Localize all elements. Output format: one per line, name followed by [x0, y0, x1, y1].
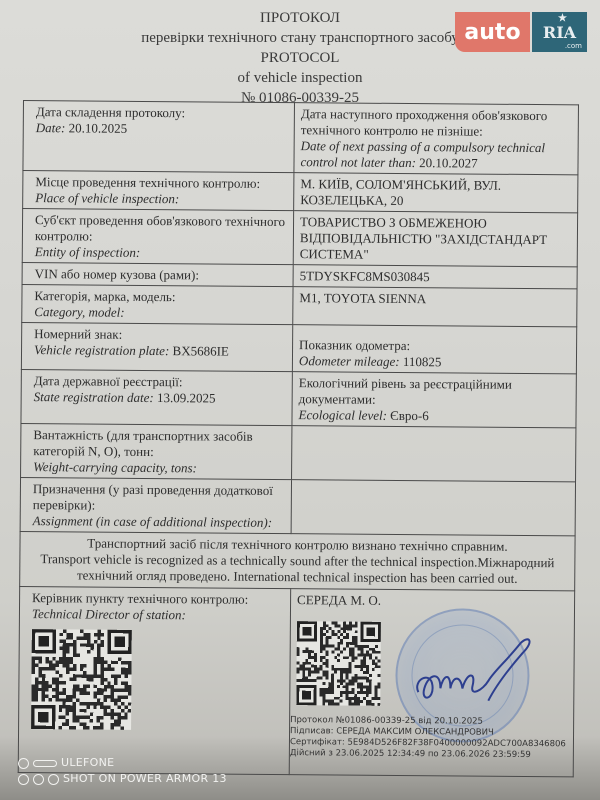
plate-label-en: Vehicle registration plate: — [34, 342, 169, 358]
lens-icon — [48, 774, 59, 785]
weight-value — [292, 426, 576, 482]
place-label-en: Place of vehicle inspection: — [35, 190, 288, 208]
subtitle-uk: перевірки технічного стану транспортного… — [130, 28, 470, 48]
table-row: Керівник пункту технічного контролю: Tec… — [18, 586, 574, 776]
place-label-cell: Місце проведення технічного контролю: Pl… — [23, 171, 294, 211]
eco-cell: Екологічний рівень за реєстраційними док… — [292, 372, 576, 428]
lens-icon — [18, 774, 29, 785]
director-label-uk: Керівник пункту технічного контролю: — [32, 590, 285, 608]
signature-cell: СЕРЕДА М. О. Протокол №01086-00339-25 ві… — [289, 589, 574, 777]
plate-value: BX5686IE — [173, 343, 229, 358]
date-label-uk: Дата складення протоколу: — [36, 104, 289, 122]
qr-code-right — [296, 621, 381, 706]
category-label-en: Category, model: — [34, 304, 287, 322]
assignment-value — [291, 480, 575, 536]
assignment-label-cell: Призначення (у разі проведення додатково… — [20, 477, 291, 533]
director-name: СЕРЕДА М. О. — [297, 592, 569, 610]
odometer-label-en: Odometer mileage: — [299, 353, 400, 369]
weight-label-cell: Вантажність (для транспортних засобів ка… — [21, 423, 292, 479]
reg-date-value: 13.09.2025 — [157, 390, 216, 405]
vin-value: 5TDYSKFC8MS030845 — [293, 265, 577, 289]
plate-cell: Номерний знак: Vehicle registration plat… — [21, 322, 292, 371]
protocol-header: ПРОТОКОЛ перевірки технічного стану тран… — [130, 8, 470, 108]
odometer-value: 110825 — [403, 354, 442, 369]
table-row: Дата державної реєстрації: State registr… — [21, 369, 576, 427]
lens-icon — [33, 774, 44, 785]
entity-label-cell: Суб'єкт проведення обов'язкового технічн… — [22, 209, 293, 265]
place-value: М. КИЇВ, СОЛОМ'ЯНСЬКИЙ, ВУЛ. КОЗЕЛЕЦЬКА,… — [294, 173, 578, 213]
logo-ria: ★ RIA .com — [532, 12, 587, 52]
flash-icon — [33, 760, 57, 767]
category-label-cell: Категорія, марка, модель: Category, mode… — [22, 284, 293, 324]
lens-icon — [18, 758, 29, 769]
camera-watermark: ULEFONE SHOT ON POWER ARMOR 13 — [18, 755, 227, 787]
autoria-logo: auto ★ RIA .com — [455, 12, 587, 52]
next-date-label-uk: Дата наступного проходження обов'язковог… — [301, 106, 573, 140]
category-label-uk: Категорія, марка, модель: — [34, 288, 287, 306]
conclusion-line-3: технічний огляд проведено. International… — [24, 567, 570, 587]
assignment-label-en: Assignment (in case of additional inspec… — [33, 513, 286, 531]
subtitle-en: of vehicle inspection — [130, 68, 470, 88]
weight-label-uk: Вантажність (для транспортних засобів ка… — [33, 427, 286, 461]
plate-label-uk: Номерний знак: — [34, 326, 287, 344]
odometer-cell: Показник одометра: Odometer mileage: 110… — [292, 325, 576, 374]
title-en: PROTOCOL — [130, 48, 470, 68]
eco-label-en: Ecological level: — [298, 407, 387, 423]
logo-auto: auto — [455, 12, 530, 52]
vin-label: VIN або номер кузова (рами): — [22, 262, 293, 286]
entity-value: ТОВАРИСТВО З ОБМЕЖЕНОЮ ВІДПОВІДАЛЬНІСТЮ … — [293, 211, 577, 267]
table-row: Категорія, марка, модель: Category, mode… — [22, 284, 577, 326]
category-value: M1, TOYOTA SIENNA — [293, 287, 577, 327]
table-row: Місце проведення технічного контролю: Pl… — [23, 171, 578, 213]
esig-validity: Дійсний з 23.06.2025 12:34:49 по 23.06.2… — [290, 748, 566, 761]
assignment-label-uk: Призначення (у разі проведення додатково… — [33, 481, 286, 515]
reg-date-cell: Дата державної реєстрації: State registr… — [21, 369, 292, 425]
entity-label-en: Entity of inspection: — [35, 244, 288, 262]
logo-ria-text: RIA — [543, 23, 576, 42]
next-date-value: 20.10.2027 — [419, 155, 478, 170]
handwritten-signature — [410, 630, 541, 711]
conclusion-cell: Транспортний засіб після технічного конт… — [20, 531, 575, 590]
title-uk: ПРОТОКОЛ — [130, 8, 470, 28]
reg-date-label-uk: Дата державної реєстрації: — [34, 373, 287, 391]
director-label-cell: Керівник пункту технічного контролю: Tec… — [18, 586, 290, 774]
director-label-en: Technical Director of station: — [32, 606, 285, 624]
place-label-uk: Місце проведення технічного контролю: — [35, 174, 288, 192]
eco-label-uk: Екологічний рівень за реєстраційними док… — [299, 375, 571, 409]
table-row: Дата складення протоколу: Date: 20.10.20… — [23, 101, 579, 175]
date-cell: Дата складення протоколу: Date: 20.10.20… — [23, 101, 295, 173]
qr-code-left — [31, 629, 132, 730]
date-value: 20.10.2025 — [69, 120, 128, 135]
weight-label-en: Weight-carrying capacity, tons: — [33, 459, 286, 477]
star-icon: ★ — [558, 13, 567, 24]
entity-label-uk: Суб'єкт проведення обов'язкового технічн… — [35, 212, 288, 246]
date-label-en: Date: — [36, 120, 66, 135]
eco-value: Євро-6 — [390, 408, 429, 423]
table-row: Транспортний засіб після технічного конт… — [20, 531, 575, 590]
logo-suffix: .com — [565, 42, 582, 50]
next-date-cell: Дата наступного проходження обов'язковог… — [294, 103, 579, 175]
electronic-signature-info: Протокол №01086-00339-25 від 20.10.2025 … — [290, 715, 566, 761]
reg-date-label-en: State registration date: — [34, 389, 154, 405]
watermark-brand: ULEFONE — [61, 755, 114, 771]
watermark-model: SHOT ON POWER ARMOR 13 — [63, 771, 227, 787]
table-row: Суб'єкт проведення обов'язкового технічн… — [22, 209, 577, 267]
inspection-table: Дата складення протоколу: Date: 20.10.20… — [18, 100, 579, 777]
table-row: Призначення (у разі проведення додатково… — [20, 477, 575, 535]
table-row: Вантажність (для транспортних засобів ка… — [21, 423, 576, 481]
document-paper: ПРОТОКОЛ перевірки технічного стану тран… — [0, 0, 600, 800]
table-row: Номерний знак: Vehicle registration plat… — [21, 322, 576, 373]
